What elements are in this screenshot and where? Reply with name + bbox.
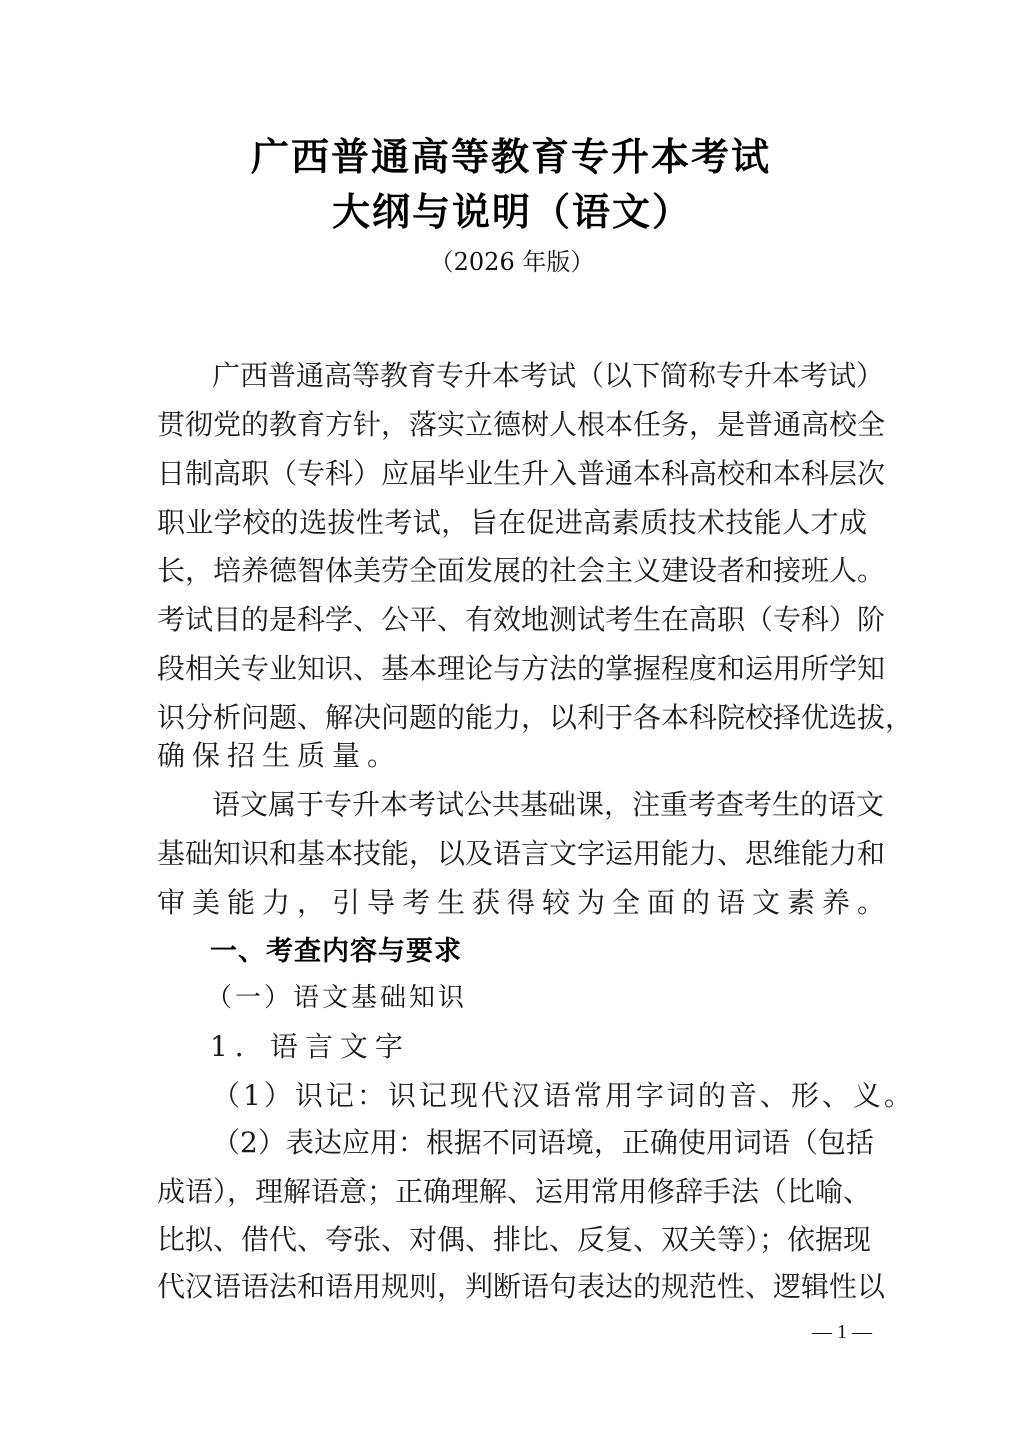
document-title-line2: 大纲与说明（语文） — [0, 190, 1024, 234]
paragraph1-line: 确保招生质量。 — [157, 736, 867, 776]
paragraph1-line: 识分析问题、解决问题的能力，以利于各本科院校择优选拔， — [157, 698, 867, 738]
item-1-1: （1）识记：识记现代汉语常用字词的音、形、义。 — [212, 1076, 915, 1116]
paragraph1-line: 段相关专业知识、基本理论与方法的掌握程度和运用所学知 — [157, 649, 867, 689]
paragraph2-line: 基础知识和基本技能，以及语言文字运用能力、思维能力和 — [157, 834, 867, 874]
section-heading: 一、考查内容与要求 — [210, 932, 462, 972]
item-1-2-line: 代汉语语法和语用规则，判断语句表达的规范性、逻辑性以 — [157, 1267, 867, 1307]
document-page: 广西普通高等教育专升本考试 大纲与说明（语文） （2026 年版） 广西普通高等… — [0, 0, 1024, 1447]
item-heading: 1．语言文字 — [210, 1027, 410, 1067]
paragraph1-line: 长，培养德智体美劳全面发展的社会主义建设者和接班人。 — [157, 551, 867, 591]
paragraph1-line: 考试目的是科学、公平、有效地测试考生在高职（专科）阶 — [157, 600, 867, 640]
document-edition-subtitle: （2026 年版） — [0, 246, 1024, 278]
document-title-line1: 广西普通高等教育专升本考试 — [0, 135, 1023, 179]
paragraph1-line: 贯彻党的教育方针，落实立德树人根本任务，是普通高校全 — [157, 405, 867, 445]
paragraph1-line: 广西普通高等教育专升本考试（以下简称专升本考试） — [212, 356, 867, 396]
paragraph1-line: 职业学校的选拔性考试，旨在促进高素质技术技能人才成 — [157, 503, 867, 543]
item-1-2-line: 比拟、借代、夸张、对偶、排比、反复、双关等）；依据现 — [157, 1220, 867, 1260]
subsection-heading: （一）语文基础知识 — [206, 978, 467, 1018]
paragraph2-line: 语文属于专升本考试公共基础课，注重考查考生的语文 — [212, 785, 867, 825]
item-1-2-line: （2）表达应用：根据不同语境，正确使用词语（包括 — [212, 1123, 867, 1163]
paragraph1-line: 日制高职（专科）应届毕业生升入普通本科高校和本科层次 — [157, 454, 867, 494]
paragraph2-line: 审美能力，引导考生获得较为全面的语文素养。 — [157, 883, 867, 923]
page-number: — 1 — — [800, 1319, 872, 1345]
item-1-2-line: 成语），理解语意；正确理解、运用常用修辞手法（比喻、 — [157, 1172, 867, 1212]
